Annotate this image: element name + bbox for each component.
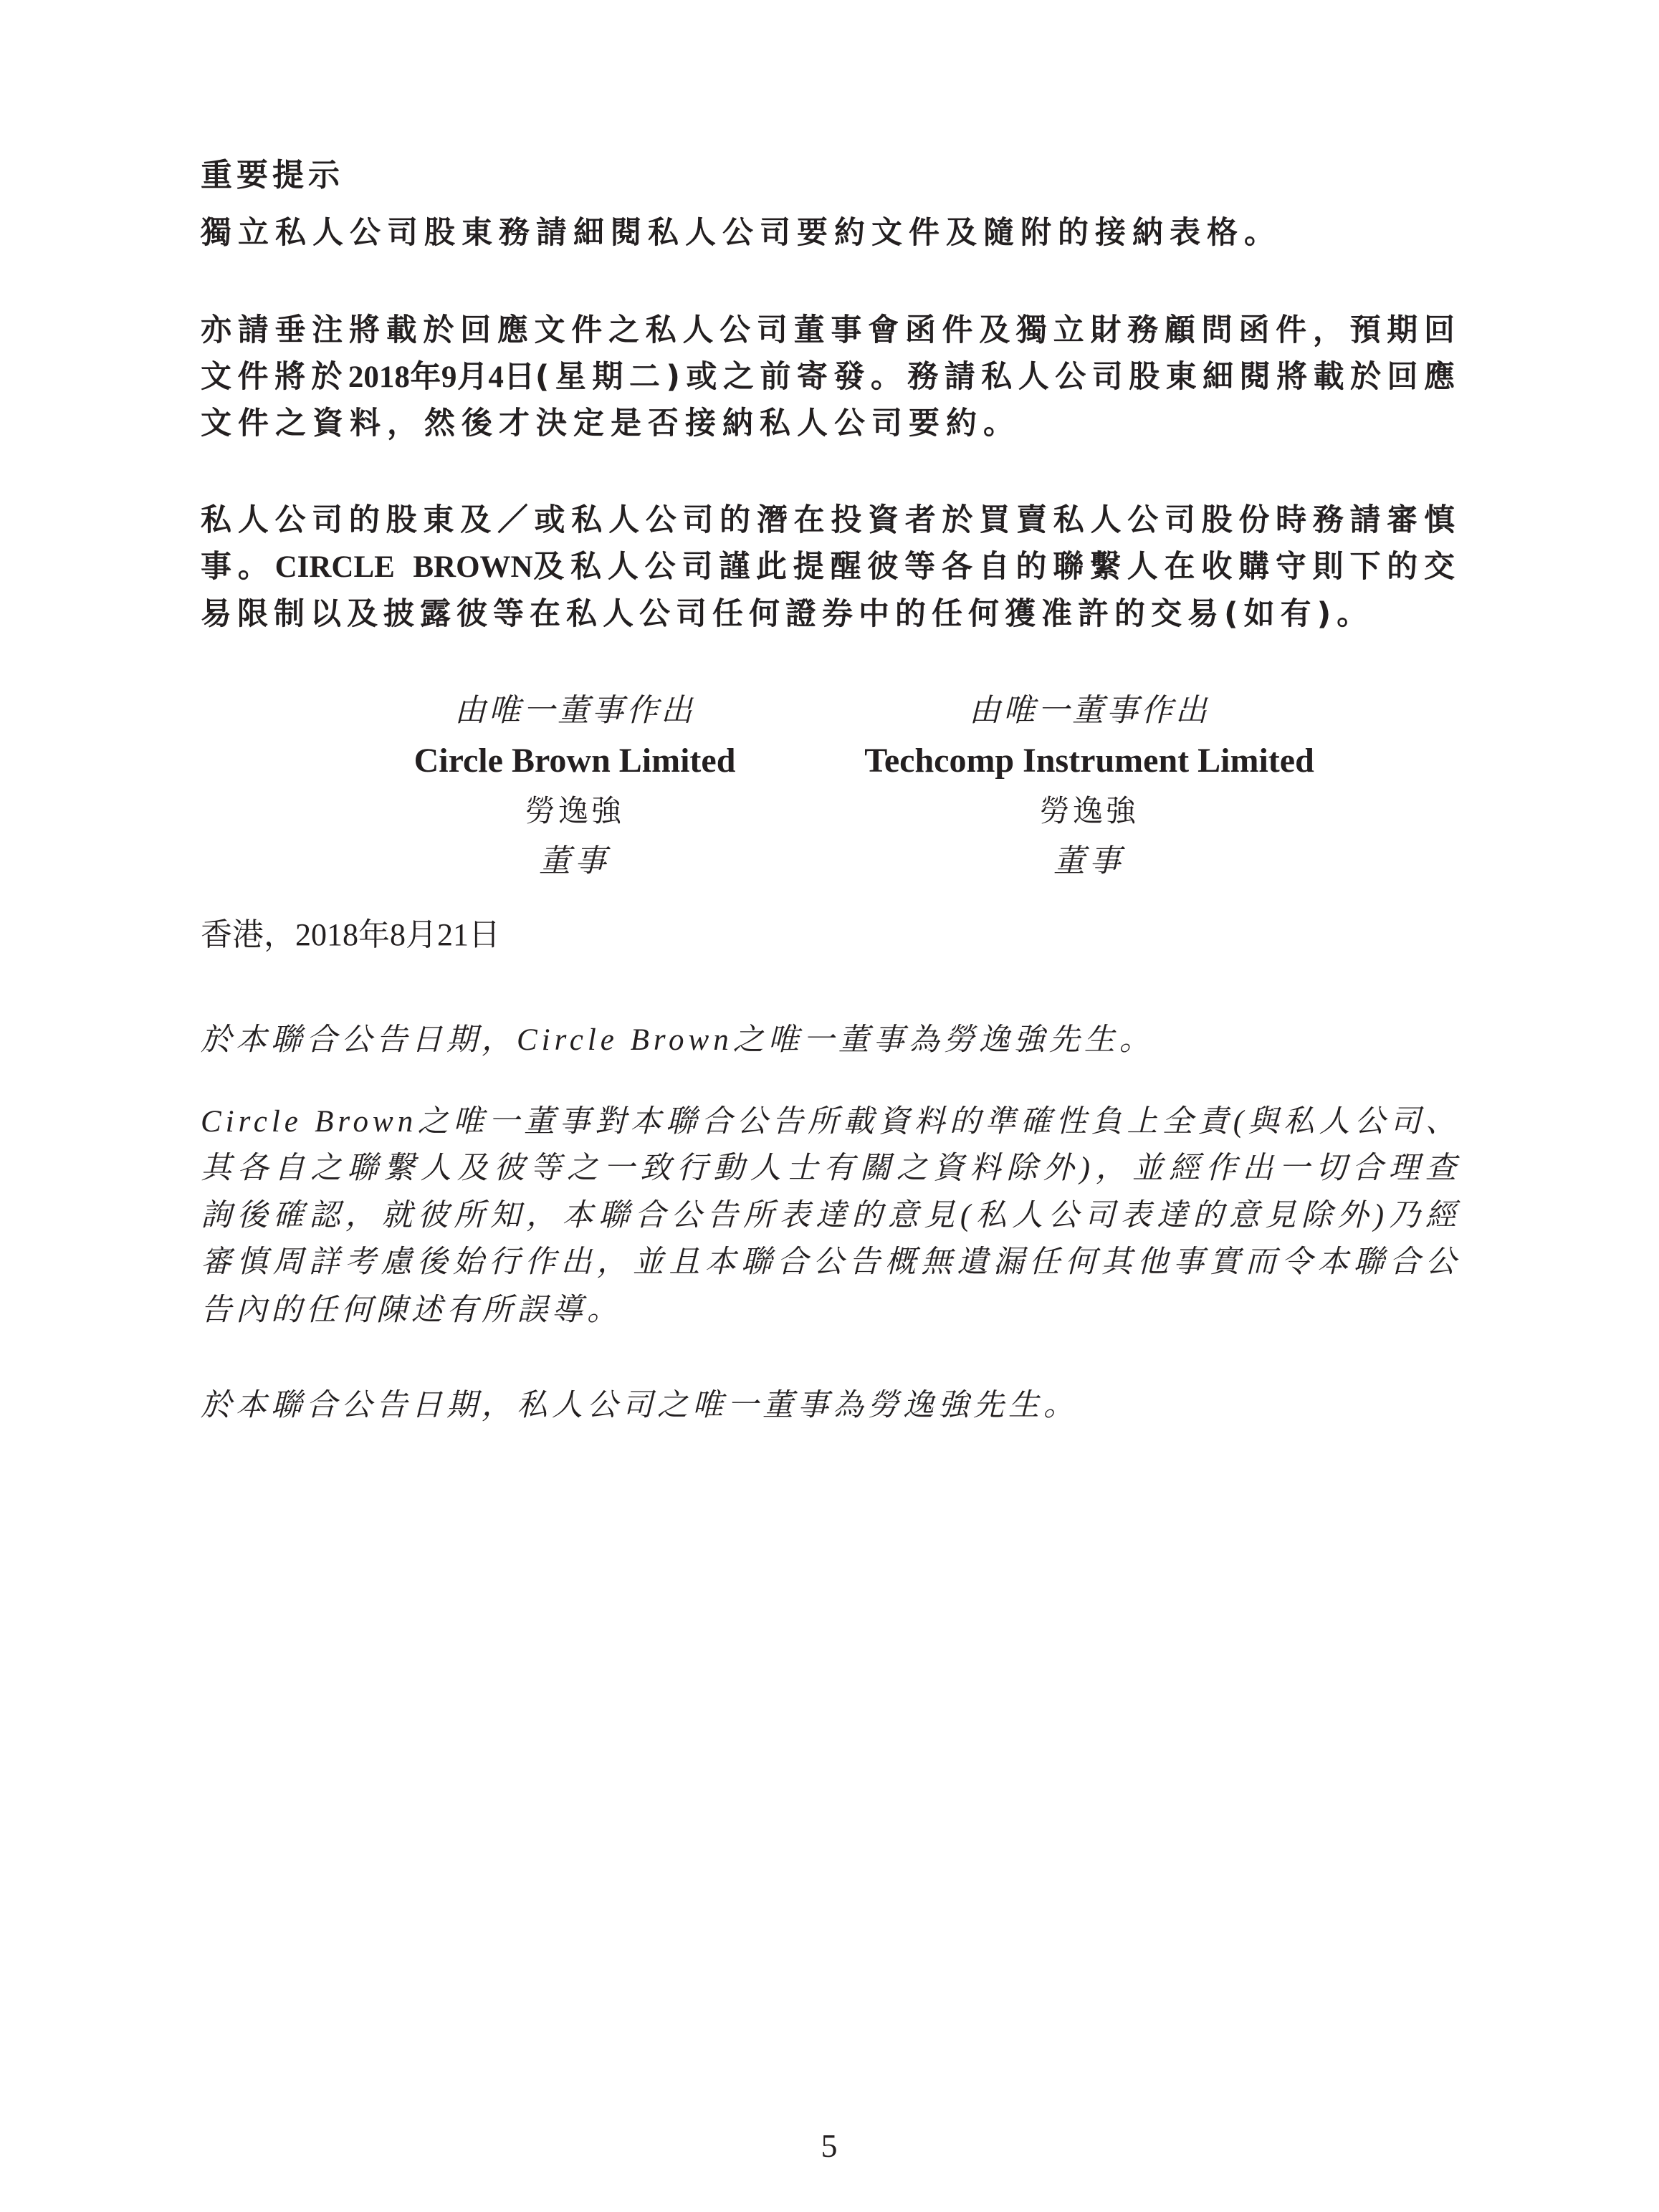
signature-company: Techcomp Instrument Limited	[838, 736, 1340, 786]
signature-by-line: 由唯一董事作出	[838, 686, 1340, 736]
important-notice-heading: 重要提示	[201, 155, 1460, 196]
signature-name: 勞逸強	[838, 786, 1340, 836]
signature-by-line: 由唯一董事作出	[396, 686, 754, 736]
director-statement-private-company: 於本聯合公告日期，私人公司之唯一董事為勞逸強先生。	[201, 1386, 1460, 1426]
signature-block-techcomp: 由唯一董事作出 Techcomp Instrument Limited 勞逸強 …	[838, 686, 1340, 886]
paragraph-2-line-2-pre: 文件將於	[201, 359, 348, 395]
responsibility-line-3: 詢後確認，就彼所知，本聯合公告所表達的意見(私人公司表達的意見除外)乃經	[201, 1196, 1460, 1236]
paragraph-3-line-2-post: 及私人公司謹此提醒彼等各自的聯繫人在收購守則下的交	[533, 549, 1460, 585]
document-page: 重要提示 獨立私人公司股東務請細閱私人公司要約文件及隨附的接納表格。 亦請垂注將…	[0, 0, 1659, 2212]
paragraph-1-line-1: 獨立私人公司股東務請細閱私人公司要約文件及隨附的接納表格。	[201, 213, 1460, 253]
circle-brown-name: CIRCLE BROWN	[275, 550, 533, 584]
responsibility-line-2: 其各自之聯繫人及彼等之一致行動人士有關之資料除外)，並經作出一切合理查	[201, 1149, 1460, 1189]
paragraph-3-line-2-pre: 事。	[201, 549, 275, 585]
paragraph-3-line-3: 易限制以及披露彼等在私人公司任何證券中的任何獲准許的交易(如有)。	[201, 594, 1460, 634]
page-number: 5	[793, 2127, 865, 2165]
signature-company: Circle Brown Limited	[396, 736, 754, 786]
paragraph-2-line-1: 亦請垂注將載於回應文件之私人公司董事會函件及獨立財務顧問函件，預期回應	[201, 310, 1460, 350]
paragraph-2-line-3: 文件之資料，然後才決定是否接納私人公司要約。	[201, 403, 1460, 444]
paragraph-3-line-1: 私人公司的股東及／或私人公司的潛在投資者於買賣私人公司股份時務請審慎行	[201, 500, 1460, 540]
dispatch-date: 2018年9月4日	[348, 360, 535, 394]
responsibility-line-1: Circle Brown之唯一董事對本聯合公告所載資料的準確性負上全責(與私人公…	[201, 1102, 1460, 1142]
paragraph-3-line-2: 事。CIRCLE BROWN及私人公司謹此提醒彼等各自的聯繫人在收購守則下的交	[201, 547, 1460, 587]
director-statement-circle-brown: 於本聯合公告日期，Circle Brown之唯一董事為勞逸強先生。	[201, 1020, 1460, 1060]
responsibility-line-4: 審慎周詳考慮後始行作出，並且本聯合公告概無遺漏任何其他事實而令本聯合公	[201, 1243, 1460, 1283]
responsibility-line-5: 告內的任何陳述有所誤導。	[201, 1291, 1460, 1331]
signature-title: 董事	[838, 836, 1340, 886]
signature-block-circle-brown: 由唯一董事作出 Circle Brown Limited 勞逸強 董事	[396, 686, 754, 886]
paragraph-2-line-2: 文件將於2018年9月4日(星期二)或之前寄發。務請私人公司股東細閱將載於回應	[201, 357, 1460, 397]
paragraph-2-line-2-post: (星期二)或之前寄發。務請私人公司股東細閱將載於回應	[535, 359, 1460, 395]
place-and-date: 香港，2018年8月21日	[201, 915, 1460, 955]
signature-name: 勞逸強	[396, 786, 754, 836]
signature-title: 董事	[396, 836, 754, 886]
